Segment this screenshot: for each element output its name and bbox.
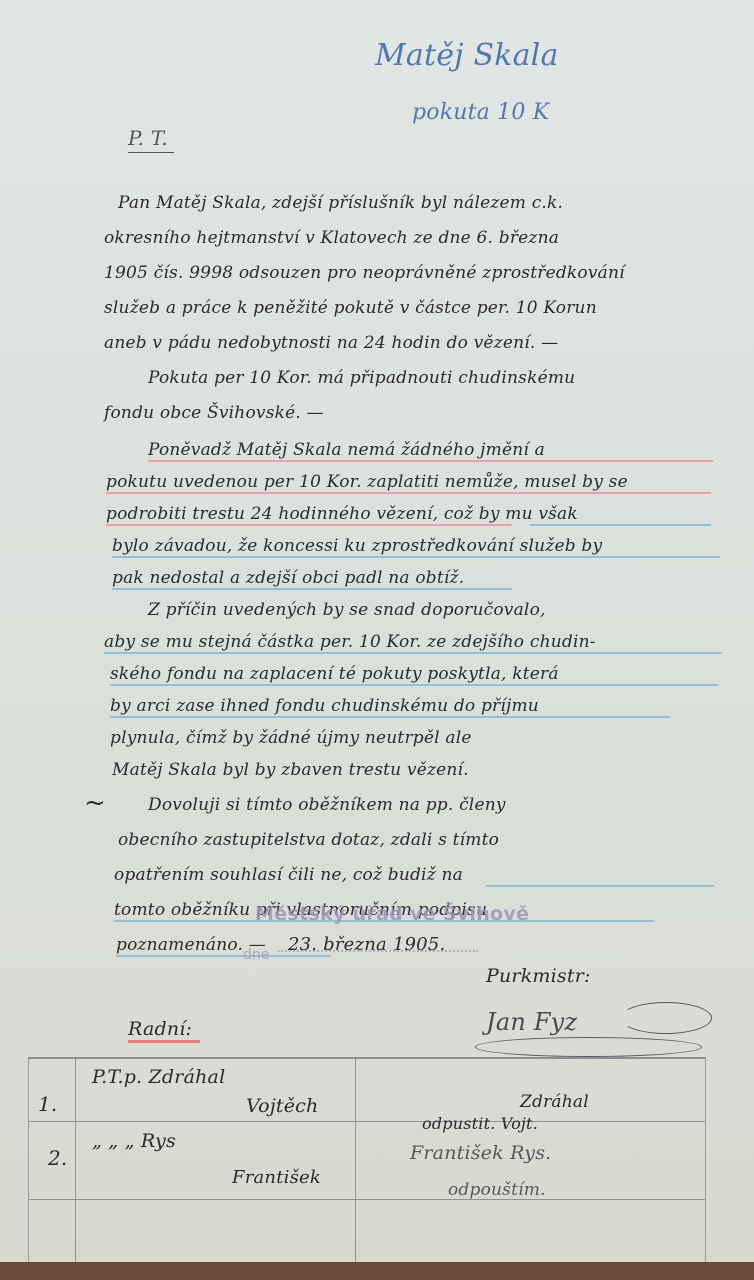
table-row-number: 2. [48, 1146, 67, 1170]
body-line: opatřením souhlasí čili ne, což budiž na [114, 865, 714, 887]
body-line: plynula, čímž by žádné újmy neutrpěl ale [110, 728, 472, 748]
body-line: pak nedostal a zdejší obci padl na obtíž… [112, 568, 512, 590]
body-line: aby se mu stejná částka per. 10 Kor. ze … [104, 632, 722, 654]
office-stamp: Městský úřad ve Švihově [255, 903, 529, 925]
body-line: Poněvadž Matěj Skala nemá žádného jmění … [148, 440, 713, 462]
flourish-mark: ~ [84, 788, 106, 818]
body-line: Pokuta per 10 Kor. má připadnouti chudin… [148, 368, 575, 388]
mayor-title: Purkmistr: [486, 965, 591, 987]
body-line: ského fondu na zaplacení té pokuty posky… [110, 664, 718, 686]
body-line: bylo závadou, že koncessi ku zprostředko… [112, 536, 720, 558]
document-date: 23. března 1905. [288, 934, 445, 955]
table-divider [355, 1059, 356, 1262]
body-line: Dovoluji si tímto oběžníkem na pp. členy [148, 795, 506, 815]
mayor-signature: Jan Fyz [486, 1008, 577, 1036]
header-note-name: Matěj Skala [375, 38, 559, 73]
councillor-response: František Rys. [410, 1142, 551, 1164]
table-row-divider [29, 1121, 705, 1122]
councillor-name: František [232, 1167, 321, 1188]
councillor-name: P.T.p. Zdráhal [92, 1066, 225, 1088]
body-line: podrobiti trestu 24 hodinného vězení, co… [106, 504, 711, 526]
councillor-name: Vojtěch [246, 1095, 318, 1117]
salutation-initials: P. T. [128, 126, 174, 153]
body-line: by arci zase ihned fondu chudinskému do … [110, 696, 670, 718]
body-line: Matěj Skala byl by zbaven trestu vězení. [112, 760, 469, 780]
table-divider [75, 1059, 76, 1262]
body-line: aneb v pádu nedobytnosti na 24 hodin do … [104, 333, 558, 353]
stamp-dne-label: dne [243, 947, 269, 963]
table-row-number: 1. [38, 1092, 57, 1116]
header-note-fine: pokuta 10 K [412, 100, 549, 125]
signature-flourish [620, 1002, 712, 1034]
body-line: Pan Matěj Skala, zdejší příslušník byl n… [118, 193, 563, 213]
councillor-name: „ „ „ Rys [92, 1130, 176, 1152]
body-line: obecního zastupitelstva dotaz, zdali s t… [118, 830, 499, 850]
body-line: služeb a práce k peněžité pokutě v částc… [104, 298, 597, 318]
councillors-heading: Radní: [128, 1018, 200, 1043]
body-line: 1905 čís. 9998 odsouzen pro neoprávněné … [104, 263, 625, 283]
table-row-divider [29, 1199, 705, 1200]
body-line: pokutu uvedenou per 10 Kor. zaplatiti ne… [106, 472, 711, 494]
councillor-response: odpustit. Vojt. [422, 1114, 538, 1133]
body-line: okresního hejtmanství v Klatovech ze dne… [104, 228, 559, 248]
body-line: fondu obce Švihovské. — [104, 403, 324, 423]
body-line: Z příčin uvedených by se snad doporučova… [148, 600, 546, 620]
signature-flourish [475, 1037, 702, 1057]
councillor-response: odpouštím. [448, 1180, 546, 1200]
document-page: Matěj Skala pokuta 10 K P. T. Pan Matěj … [0, 0, 754, 1262]
councillor-response: Zdráhal [520, 1092, 589, 1112]
